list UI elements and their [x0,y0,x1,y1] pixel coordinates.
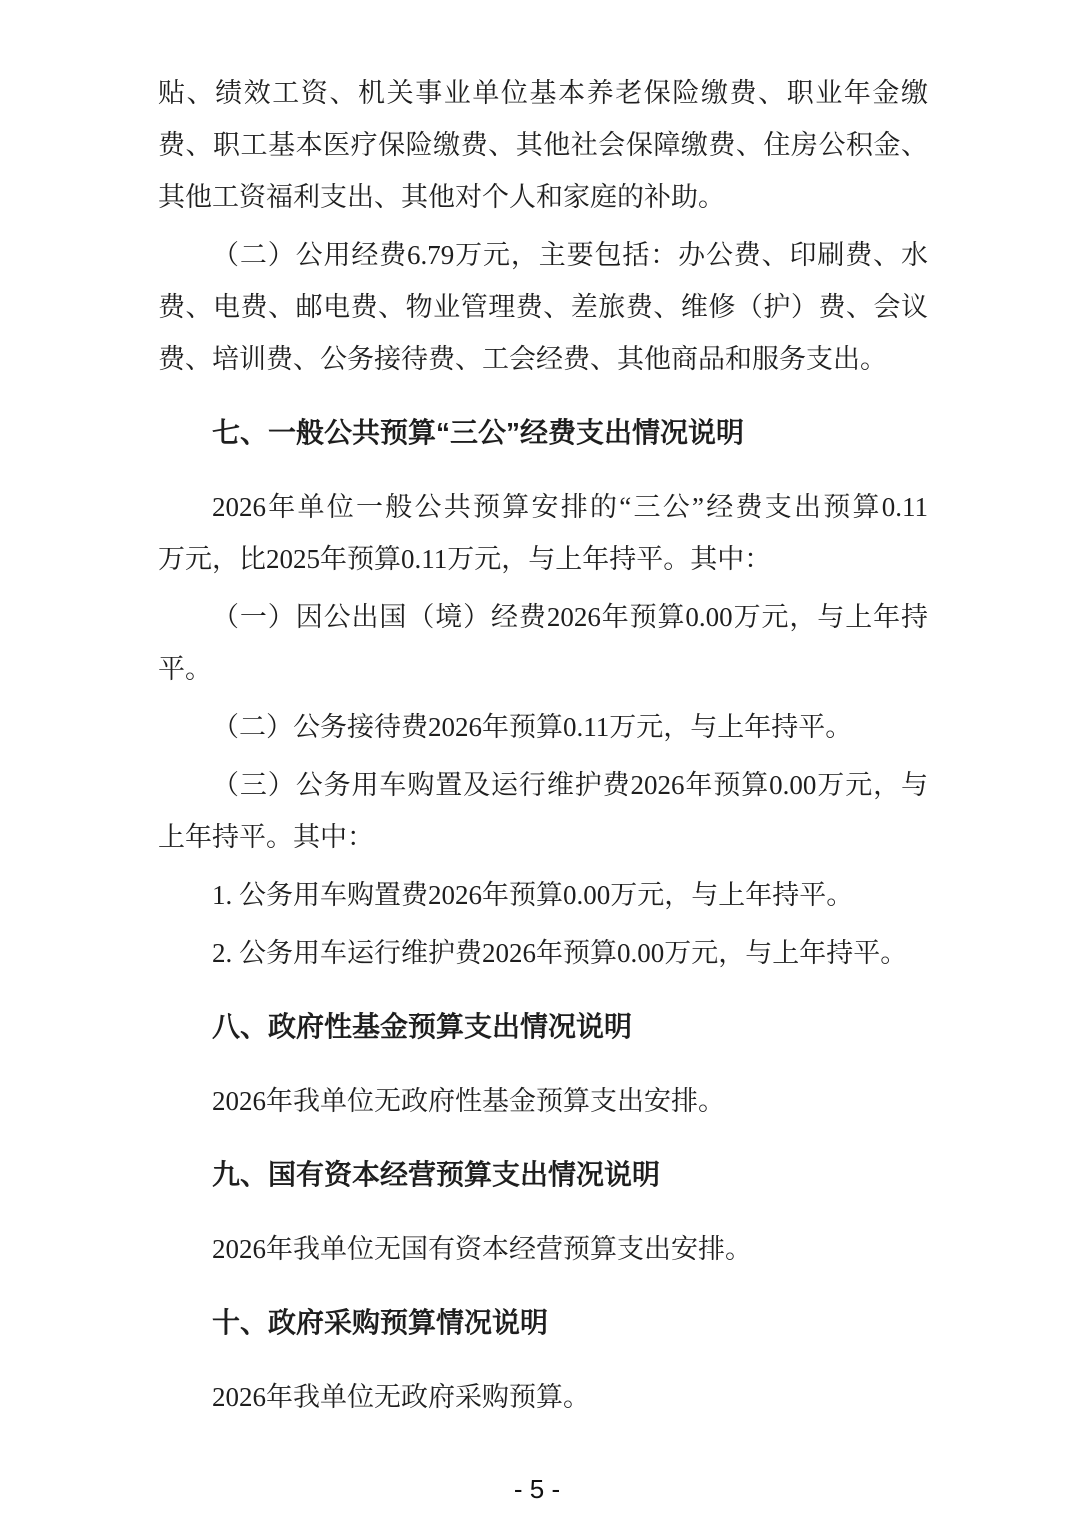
paragraph: 2026年我单位无国有资本经营预算支出安排。 [158,1223,928,1275]
paragraph: （二）公用经费6.79万元，主要包括：办公费、印刷费、水费、电费、邮电费、物业管… [158,229,928,385]
page-number: - 5 - [0,1474,1074,1504]
paragraph: 1. 公务用车购置费2026年预算0.00万元，与上年持平。 [158,869,928,921]
heading-text: 八、政府性基金预算支出情况说明 [158,1001,928,1053]
paragraph: 2. 公务用车运行维护费2026年预算0.00万元，与上年持平。 [158,927,928,979]
paragraph: （三）公务用车购置及运行维护费2026年预算0.00万元，与上年持平。其中： [158,759,928,863]
text-line: 万元，比2025年预算0.11万元，与上年持平。其中： [158,533,928,585]
text-line: 2026年单位一般公共预算安排的“三公”经费支出预算0.11 [158,481,928,533]
section-heading: 十、政府采购预算情况说明 [158,1297,928,1349]
heading-text: 十、政府采购预算情况说明 [158,1297,928,1349]
text-line: 2026年我单位无国有资本经营预算支出安排。 [158,1223,928,1275]
section-heading: 七、一般公共预算“三公”经费支出情况说明 [158,407,928,459]
paragraph: （二）公务接待费2026年预算0.11万元，与上年持平。 [158,701,928,753]
paragraph: 2026年我单位无政府性基金预算支出安排。 [158,1075,928,1127]
text-line: （一）因公出国（境）经费2026年预算0.00万元，与上年持 [158,591,928,643]
text-line: （二）公用经费6.79万元，主要包括：办公费、印刷费、水 [158,229,928,281]
text-line: （三）公务用车购置及运行维护费2026年预算0.00万元，与 [158,759,928,811]
text-line: 2026年我单位无政府采购预算。 [158,1371,928,1423]
text-line: 费、电费、邮电费、物业管理费、差旅费、维修（护）费、会议 [158,281,928,333]
text-line: 贴、绩效工资、机关事业单位基本养老保险缴费、职业年金缴 [158,67,928,119]
paragraph: 2026年我单位无政府采购预算。 [158,1371,928,1423]
section-heading: 九、国有资本经营预算支出情况说明 [158,1149,928,1201]
text-line: （二）公务接待费2026年预算0.11万元，与上年持平。 [158,701,928,753]
paragraph: 贴、绩效工资、机关事业单位基本养老保险缴费、职业年金缴费、职工基本医疗保险缴费、… [158,67,928,223]
text-line: 平。 [158,643,928,695]
document-page: 贴、绩效工资、机关事业单位基本养老保险缴费、职业年金缴费、职工基本医疗保险缴费、… [0,0,1074,1520]
text-line: 上年持平。其中： [158,811,928,863]
heading-text: 九、国有资本经营预算支出情况说明 [158,1149,928,1201]
section-heading: 八、政府性基金预算支出情况说明 [158,1001,928,1053]
document-content: 贴、绩效工资、机关事业单位基本养老保险缴费、职业年金缴费、职工基本医疗保险缴费、… [158,67,928,1429]
text-line: 费、职工基本医疗保险缴费、其他社会保障缴费、住房公积金、 [158,119,928,171]
text-line: 2. 公务用车运行维护费2026年预算0.00万元，与上年持平。 [158,927,928,979]
text-line: 费、培训费、公务接待费、工会经费、其他商品和服务支出。 [158,333,928,385]
text-line: 其他工资福利支出、其他对个人和家庭的补助。 [158,171,928,223]
paragraph: 2026年单位一般公共预算安排的“三公”经费支出预算0.11万元，比2025年预… [158,481,928,585]
text-line: 1. 公务用车购置费2026年预算0.00万元，与上年持平。 [158,869,928,921]
text-line: 2026年我单位无政府性基金预算支出安排。 [158,1075,928,1127]
paragraph: （一）因公出国（境）经费2026年预算0.00万元，与上年持平。 [158,591,928,695]
heading-text: 七、一般公共预算“三公”经费支出情况说明 [158,407,928,459]
